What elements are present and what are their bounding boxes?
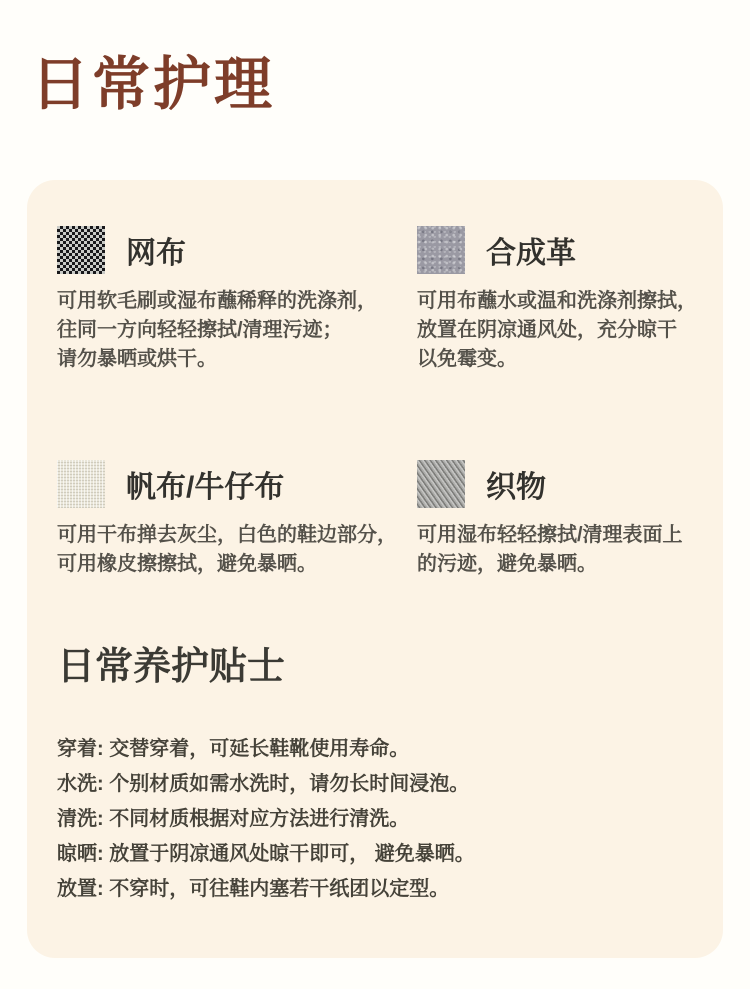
tip-item-washing: 水洗: 个别材质如需水洗时，请勿长时间浸泡。 <box>57 767 475 802</box>
care-line: 请勿暴晒或烘干。 <box>57 345 397 374</box>
tips-section-title: 日常养护贴士 <box>57 646 285 688</box>
material-care-text: 可用干布掸去灰尘，白色的鞋边部分， 可用橡皮擦擦拭，避免暴晒。 <box>57 521 397 579</box>
material-card-header: 合成革 <box>417 226 750 274</box>
mesh-texture-icon <box>57 226 105 274</box>
material-name: 网布 <box>126 228 186 272</box>
page-title: 日常护理 <box>31 54 275 116</box>
care-line: 往同一方向轻轻擦拭/清理污迹； <box>57 316 397 345</box>
material-name: 帆布/牛仔布 <box>126 462 284 506</box>
care-line: 放置在阴凉通风处，充分晾干 <box>417 316 750 345</box>
material-card-woven-fabric: 织物 可用湿布轻轻擦拭/清理表面上 的污迹，避免暴晒。 <box>417 460 750 579</box>
care-line: 可用干布掸去灰尘，白色的鞋边部分， <box>57 521 397 550</box>
care-line: 可用橡皮擦擦拭，避免暴晒。 <box>57 550 397 579</box>
care-panel: 网布 可用软毛刷或湿布蘸稀释的洗涤剂， 往同一方向轻轻擦拭/清理污迹； 请勿暴晒… <box>27 180 723 958</box>
care-line: 的污迹，避免暴晒。 <box>417 550 750 579</box>
material-name: 织物 <box>486 462 546 506</box>
canvas-denim-texture-icon <box>57 460 105 508</box>
care-line: 可用布蘸水或温和洗涤剂擦拭， <box>417 287 750 316</box>
material-care-text: 可用湿布轻轻擦拭/清理表面上 的污迹，避免暴晒。 <box>417 521 750 579</box>
care-line: 可用湿布轻轻擦拭/清理表面上 <box>417 521 750 550</box>
tips-list: 穿着: 交替穿着，可延长鞋靴使用寿命。 水洗: 个别材质如需水洗时，请勿长时间浸… <box>57 732 475 907</box>
material-name: 合成革 <box>486 228 576 272</box>
tip-item-drying: 晾晒: 放置于阴凉通风处晾干即可， 避免暴晒。 <box>57 837 475 872</box>
daily-care-page: 日常护理 网布 可用软毛刷或湿布蘸稀释的洗涤剂， 往同一方向轻轻擦拭/清理污迹；… <box>0 0 750 989</box>
material-card-mesh: 网布 可用软毛刷或湿布蘸稀释的洗涤剂， 往同一方向轻轻擦拭/清理污迹； 请勿暴晒… <box>57 226 397 374</box>
care-line: 以免霉变。 <box>417 345 750 374</box>
material-care-text: 可用布蘸水或温和洗涤剂擦拭， 放置在阴凉通风处，充分晾干 以免霉变。 <box>417 287 750 374</box>
material-card-header: 帆布/牛仔布 <box>57 460 397 508</box>
care-line: 可用软毛刷或湿布蘸稀释的洗涤剂， <box>57 287 397 316</box>
synthetic-leather-texture-icon <box>417 226 465 274</box>
material-card-header: 网布 <box>57 226 397 274</box>
woven-fabric-texture-icon <box>417 460 465 508</box>
tip-item-storage: 放置: 不穿时，可往鞋内塞若干纸团以定型。 <box>57 872 475 907</box>
material-card-synthetic-leather: 合成革 可用布蘸水或温和洗涤剂擦拭， 放置在阴凉通风处，充分晾干 以免霉变。 <box>417 226 750 374</box>
material-card-header: 织物 <box>417 460 750 508</box>
material-care-text: 可用软毛刷或湿布蘸稀释的洗涤剂， 往同一方向轻轻擦拭/清理污迹； 请勿暴晒或烘干… <box>57 287 397 374</box>
material-card-canvas-denim: 帆布/牛仔布 可用干布掸去灰尘，白色的鞋边部分， 可用橡皮擦擦拭，避免暴晒。 <box>57 460 397 579</box>
tip-item-cleaning: 清洗: 不同材质根据对应方法进行清洗。 <box>57 802 475 837</box>
tip-item-wearing: 穿着: 交替穿着，可延长鞋靴使用寿命。 <box>57 732 475 767</box>
